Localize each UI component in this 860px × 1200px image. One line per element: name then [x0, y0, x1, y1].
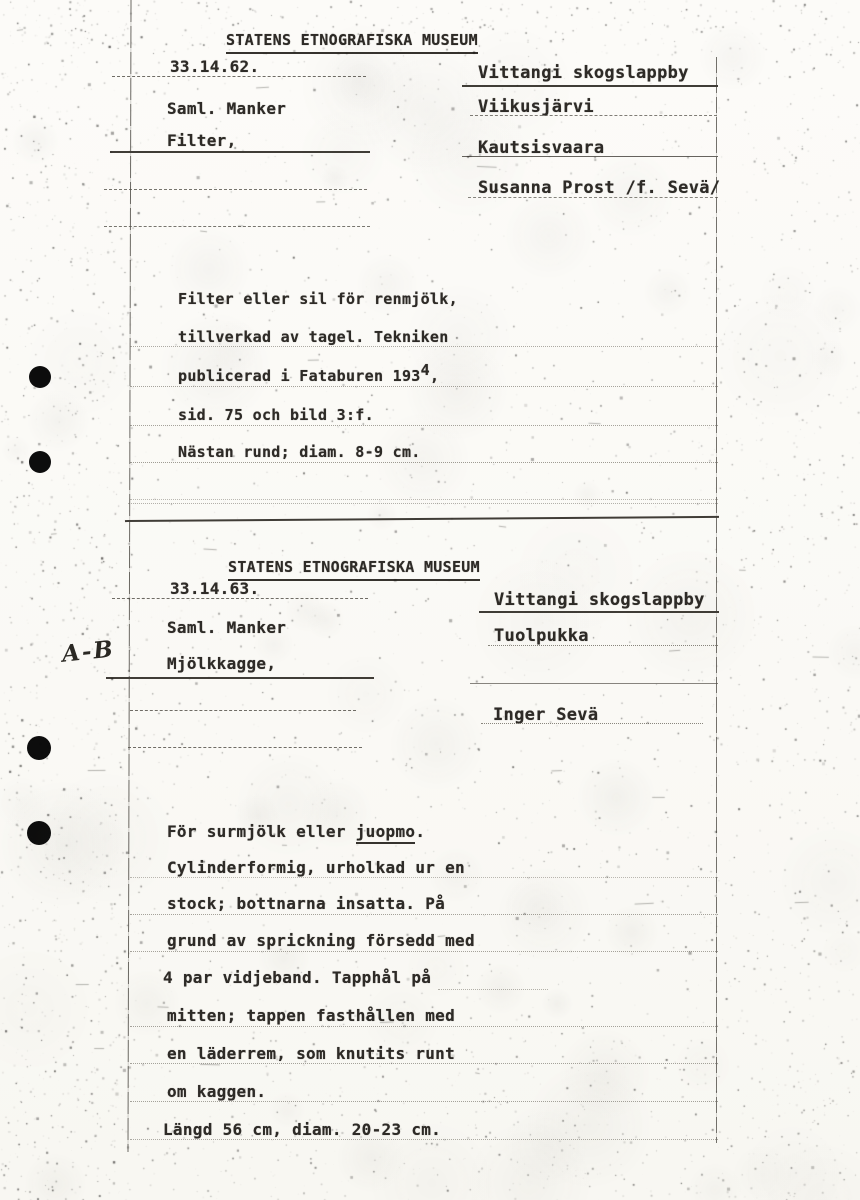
card2-provenance-person: Inger Sevä	[493, 705, 598, 725]
ruled-line	[130, 951, 718, 952]
blank-ruled-line	[104, 189, 367, 190]
ruled-line	[130, 914, 718, 915]
ruled-line	[130, 1139, 718, 1140]
card1-collection: Saml. Manker	[167, 99, 286, 118]
card2-description-line: stock; bottnarna insatta. På	[167, 894, 445, 913]
card-left-border	[127, 0, 131, 1152]
ruled-line	[462, 156, 718, 157]
card1-description-line: Nästan rund; diam. 8-9 cm.	[178, 443, 421, 461]
ruled-line	[110, 151, 370, 153]
handwritten-margin-note: A-B	[61, 635, 116, 667]
card1-description-line: Filter eller sil för renmjölk,	[178, 290, 458, 308]
card1-museum-header-text: STATENS ETNOGRAFISKA MUSEUM	[226, 31, 478, 54]
card1-provenance-village: Vittangi skogslappby	[478, 63, 689, 83]
card2-description-line: För surmjölk eller juopmo.	[167, 822, 425, 841]
punch-hole	[29, 451, 51, 473]
punch-hole	[29, 366, 51, 388]
ruled-line	[462, 85, 718, 87]
ruled-line	[130, 386, 718, 387]
card2-description-line: mitten; tappen fasthållen med	[167, 1006, 455, 1025]
ruled-line	[470, 115, 717, 116]
ruled-line	[488, 645, 718, 646]
blank-ruled-line	[470, 683, 718, 684]
ruled-line	[130, 462, 718, 463]
raised-typewriter-digit: 4	[421, 361, 430, 379]
card2-description-line: grund av sprickning försedd med	[167, 931, 475, 950]
ruled-line	[130, 346, 718, 347]
card1-provenance-place2: Kautsisvaara	[478, 138, 604, 158]
card1-bottom-rule	[130, 499, 718, 500]
card2-provenance-place: Tuolpukka	[494, 626, 589, 646]
ruled-line	[106, 677, 374, 679]
card2-provenance-village: Vittangi skogslappby	[494, 590, 705, 610]
blank-ruled-line	[130, 710, 356, 711]
card-right-border	[716, 57, 717, 1143]
card2-description-line: Cylinderformig, urholkad ur en	[167, 858, 465, 877]
blank-ruled-line	[104, 226, 370, 227]
card1-catalog-number: 33.14.62.	[170, 57, 259, 76]
card-divider	[125, 516, 719, 522]
punch-hole	[27, 821, 51, 845]
card1-object-name: Filter,	[167, 131, 237, 150]
card2-description-line: 4 par vidjeband. Tapphål på	[163, 968, 431, 987]
ruled-line	[130, 877, 718, 878]
ruled-line-partial	[438, 989, 548, 990]
card1-description-line: sid. 75 och bild 3:f.	[178, 406, 374, 424]
punch-hole	[27, 736, 51, 760]
ruled-line	[130, 1026, 718, 1027]
card2-collection: Saml. Manker	[167, 618, 286, 637]
card1-provenance-place: Viikusjärvi	[478, 97, 594, 117]
ruled-line	[481, 723, 703, 724]
blank-ruled-line	[128, 747, 362, 748]
underlined-term: juopmo	[356, 822, 416, 844]
ruled-line	[468, 197, 718, 198]
card2-object-name: Mjölkkagge,	[167, 654, 276, 673]
card2-museum-header-text: STATENS ETNOGRAFISKA MUSEUM	[228, 558, 480, 581]
scanned-catalog-page: STATENS ETNOGRAFISKA MUSEUM 33.14.62. Sa…	[0, 0, 860, 1200]
card-divider-faint	[128, 503, 718, 504]
ruled-line	[112, 76, 366, 77]
ruled-line	[130, 1063, 718, 1064]
ruled-line	[130, 1101, 718, 1102]
ruled-line	[112, 598, 368, 599]
ruled-line	[479, 611, 719, 613]
card2-description-line: om kaggen.	[167, 1082, 266, 1101]
card2-catalog-number: 33.14.63.	[170, 579, 259, 598]
card1-provenance-person: Susanna Prost /f. Sevä/	[478, 178, 720, 198]
card1-description-line: tillverkad av tagel. Tekniken	[178, 328, 449, 346]
card1-description-line: publicerad i Fataburen 1934,	[178, 367, 439, 385]
card2-description-line: en läderrem, som knutits runt	[167, 1044, 455, 1063]
ruled-line	[130, 425, 718, 426]
card2-dimensions: Längd 56 cm, diam. 20-23 cm.	[163, 1120, 441, 1139]
